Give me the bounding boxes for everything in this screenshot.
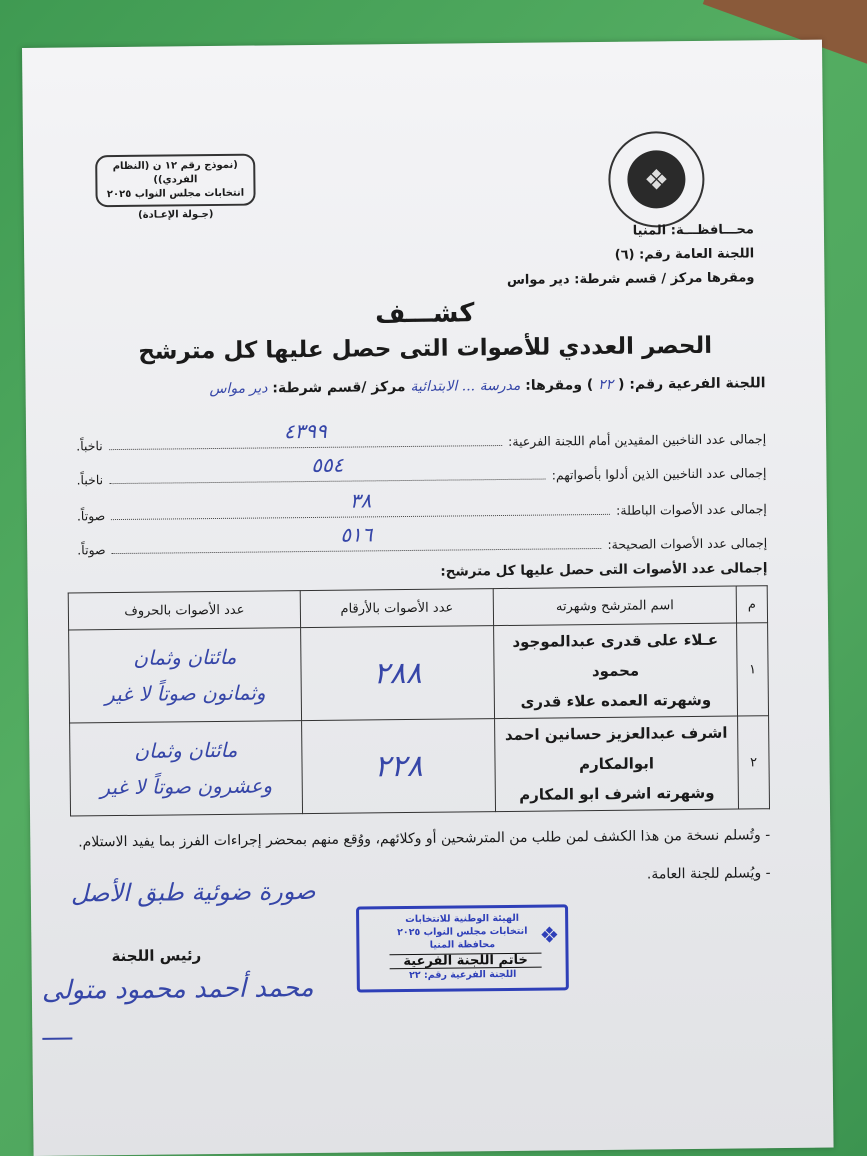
subcommittee-stamp: الهيئة الوطنية للانتخابات انتخابات مجلس … [356, 904, 569, 992]
votes-words-line1: مائتان وثمان [70, 638, 299, 676]
col-votes-digits: عدد الأصوات بالأرقام [300, 589, 493, 628]
form-number: (نموذج رقم ١٢ ن (النظام الفردي)) [103, 159, 247, 189]
subcommittee-seat-label: ) ومقرها: [525, 377, 593, 394]
stat-fill: ٥١٦ [111, 534, 601, 554]
stat-fill: ٥٥٤ [109, 465, 546, 485]
stat-value: ٤٣٩٩ [108, 417, 502, 445]
form-label-pill: (نموذج رقم ١٢ ن (النظام الفردي)) انتخابا… [95, 154, 256, 208]
subcommittee-line: اللجنة الفرعية رقم: ( ٢٢ ) ومقرها: مدرسة… [209, 375, 765, 397]
subcommittee-number-label: اللجنة الفرعية رقم: ( [618, 375, 766, 393]
document-title: كشـــف [25, 295, 825, 333]
stat-label: إجمالى عدد الأصوات الباطلة: [616, 501, 767, 518]
election-tally-sheet: (نموذج رقم ١٢ ن (النظام الفردي)) انتخابا… [22, 40, 834, 1156]
election-name: انتخابات مجلس النواب ٢٠٢٥ [103, 187, 247, 203]
col-votes-words: عدد الأصوات بالحروف [68, 591, 300, 630]
governorate: محـــافظـــة: المنيا [506, 218, 754, 245]
stamp-line: اللجنة الفرعية رقم: ٢٢ [360, 967, 566, 982]
form-number-box: (نموذج رقم ١٢ ن (النظام الفردي)) انتخابا… [95, 154, 256, 222]
subcommittee-number-value: ٢٢ [598, 377, 613, 393]
col-index: م [736, 586, 767, 623]
stat-value: ٣٨ [111, 486, 610, 515]
votes-digits: ٢٨٨ [301, 626, 495, 721]
stamp-main-label: خاتم اللجنة الفرعية [390, 953, 542, 970]
row-index: ١ [737, 623, 769, 716]
note-copy-distribution: - وتُسلم نسخة من هذا الكشف لمن طلب من ال… [50, 822, 770, 856]
candidates-table: م اسم المترشح وشهرته عدد الأصوات بالأرقا… [68, 585, 770, 816]
candidate-name-cell: اشرف عبدالعزيز حسانين احمد ابوالمكارم وش… [495, 716, 739, 812]
stat-label: إجمالى عدد الأصوات الصحيحة: [607, 535, 767, 552]
handwritten-certified-copy: صورة ضوئية طبق الأصل [71, 877, 316, 908]
stat-unit: صوتاً. [77, 542, 105, 557]
col-candidate-name: اسم المترشح وشهرته [493, 586, 736, 626]
police-station-value: دير مواس [209, 380, 267, 397]
votes-words-cell: مائتان وثمان وثمانون صوتاً لا غير [69, 628, 302, 723]
table-row: ١ عـلاء على قدرى عبدالموجود محمود وشهرته… [69, 623, 769, 723]
candidate-name: اشرف عبدالعزيز حسانين احمد ابوالمكارم [496, 718, 737, 781]
nea-logo: ❖ [608, 131, 705, 228]
stat-fill: ٣٨ [111, 500, 610, 520]
row-index: ٢ [738, 716, 770, 809]
candidate-nickname: وشهرته اشرف ابو المكارم [497, 778, 737, 811]
committee-chair-label: رئيس اللجنة [111, 946, 201, 965]
candidate-name: عـلاء على قدرى عبدالموجود محمود [495, 625, 736, 688]
stat-fill: ٤٣٩٩ [109, 431, 503, 450]
table-row: ٢ اشرف عبدالعزيز حسانين احمد ابوالمكارم … [70, 716, 770, 816]
stat-label: إجمالى عدد الناخبين الذين أدلوا بأصواتهم… [552, 465, 767, 482]
stat-label: إجمالى عدد الناخبين المقيدين أمام اللجنة… [508, 431, 766, 449]
header-info: محـــافظـــة: المنيا اللجنة العامة رقم: … [506, 218, 754, 293]
police-station-label: مركز /قسم شرطة: [272, 379, 405, 396]
votes-words-cell: مائتان وثمان وعشرون صوتاً لا غير [70, 721, 303, 816]
stat-registered-voters: إجمالى عدد الناخبين المقيدين أمام اللجنة… [76, 428, 766, 453]
stat-value: ٥٥٤ [109, 451, 546, 480]
stat-unit: ناخباً. [76, 472, 103, 487]
votes-words-line2: وثمانون صوتاً لا غير [71, 674, 300, 712]
committee-seat: ومقرها مركز / قسم شرطة: دير مواس [507, 266, 755, 293]
candidate-name-cell: عـلاء على قدرى عبدالموجود محمود وشهرته ا… [494, 623, 738, 719]
stat-valid-votes: إجمالى عدد الأصوات الصحيحة: ٥١٦ صوتاً. [77, 532, 767, 557]
eagle-emblem-icon: ❖ [540, 929, 560, 942]
eagle-emblem-icon: ❖ [627, 150, 686, 209]
stat-value: ٥١٦ [111, 520, 601, 549]
votes-words-line2: وعشرون صوتاً لا غير [72, 767, 301, 805]
document-subtitle: الحصر العددي للأصوات التى حصل عليها كل م… [25, 332, 825, 366]
candidate-nickname: وشهرته العمده علاء قدرى [496, 685, 736, 718]
signature-underline [42, 1038, 72, 1040]
general-committee: اللجنة العامة رقم: (٦) [507, 242, 755, 269]
stamp-line: محافظة المنيا [359, 937, 565, 952]
stat-unit: ناخباً. [76, 438, 103, 453]
stat-invalid-votes: إجمالى عدد الأصوات الباطلة: ٣٨ صوتاً. [77, 498, 767, 523]
stat-voters-cast: إجمالى عدد الناخبين الذين أدلوا بأصواتهم… [76, 462, 766, 487]
round-label: (جـولة الإعـادة) [96, 209, 256, 222]
votes-words-line1: مائتان وثمان [71, 731, 300, 769]
stat-unit: صوتاً. [77, 508, 105, 523]
subcommittee-seat-value: مدرسة ... الابتدائية [410, 378, 520, 395]
votes-digits: ٢٢٨ [302, 719, 496, 814]
candidates-table-title: إجمالى عدد الأصوات التى حصل عليها كل متر… [440, 560, 767, 579]
committee-chair-signature: محمد أحمد محمود متولى [42, 973, 314, 1006]
